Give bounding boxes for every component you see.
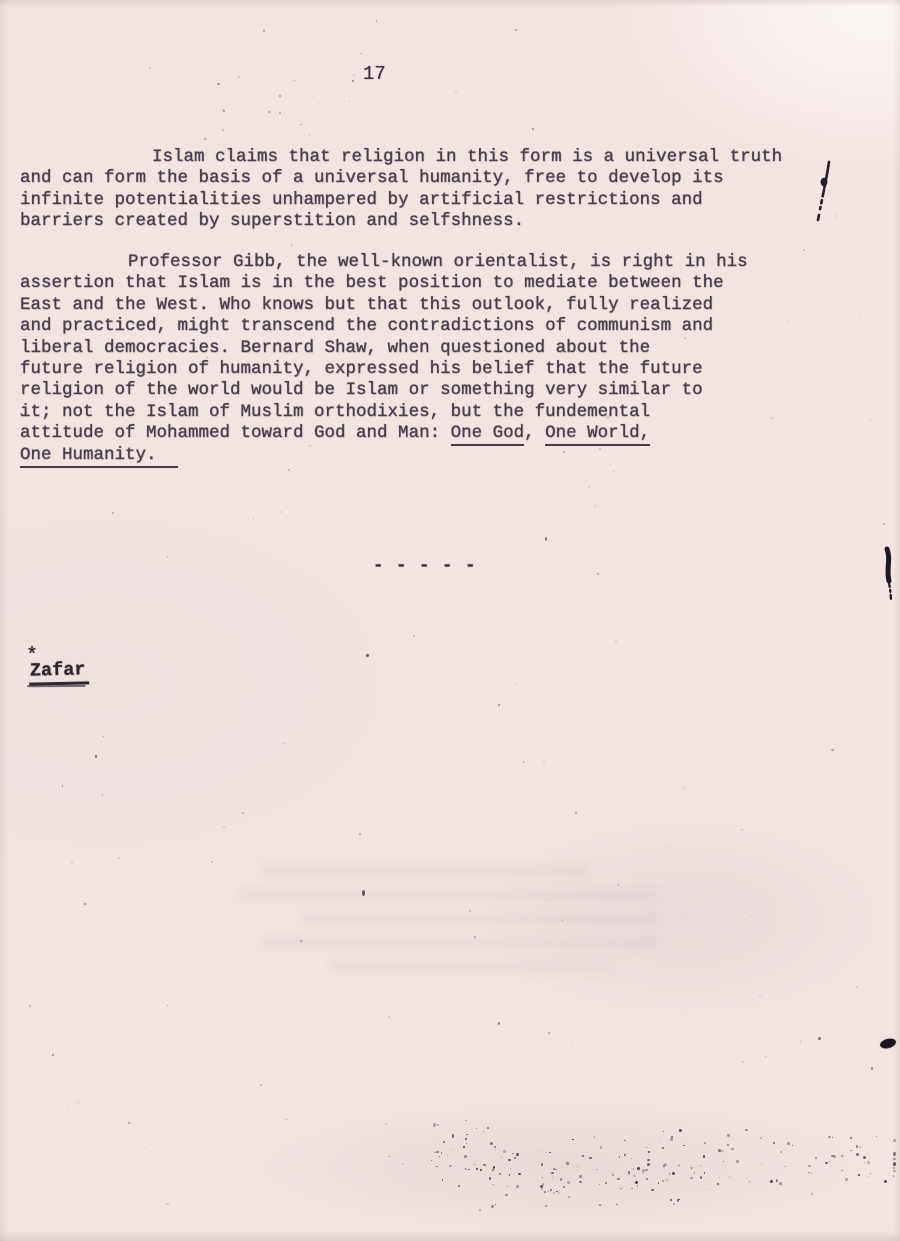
footnote-name: Zafar	[29, 659, 89, 685]
text-line: it; not the Islam of Muslim orthodixies,…	[20, 402, 748, 423]
para-2: Professor Gibb, the well-known orientali…	[20, 252, 748, 466]
text-line: attitude of Mohammed toward God and Man:…	[20, 423, 748, 444]
pen-stroke-right-edge-icon	[878, 543, 900, 609]
text-line: Professor Gibb, the well-known orientali…	[20, 252, 748, 273]
scanned-page: 17 Islam claims that religion in this fo…	[0, 0, 900, 1241]
asterisk-mark: *	[26, 645, 89, 660]
dashed-separator: - - - - -	[373, 556, 483, 576]
page-number: 17	[363, 63, 386, 85]
text-line: East and the West. Who knows but that th…	[20, 295, 748, 316]
text-line: Islam claims that religion in this form …	[20, 147, 782, 168]
text-line: religion of the world would be Islam or …	[20, 380, 748, 401]
pen-slash-icon	[805, 158, 839, 230]
ink-blob	[879, 1037, 897, 1050]
text-line: liberal democracies. Bernard Shaw, when …	[20, 338, 748, 359]
para-1: Islam claims that religion in this form …	[20, 147, 782, 233]
footnote-signature: * Zafar	[24, 645, 89, 685]
text-line: One Humanity.	[20, 445, 748, 466]
text-line: and can form the basis of a universal hu…	[20, 168, 782, 189]
text-line: and practiced, might transcend the contr…	[20, 316, 748, 337]
text-line: barriers created by superstition and sel…	[20, 211, 782, 232]
text-line: future religion of humanity, expressed h…	[20, 359, 748, 380]
text-line: assertion that Islam is in the best posi…	[20, 273, 748, 294]
text-line: infinite potentialities unhampered by ar…	[20, 190, 782, 211]
